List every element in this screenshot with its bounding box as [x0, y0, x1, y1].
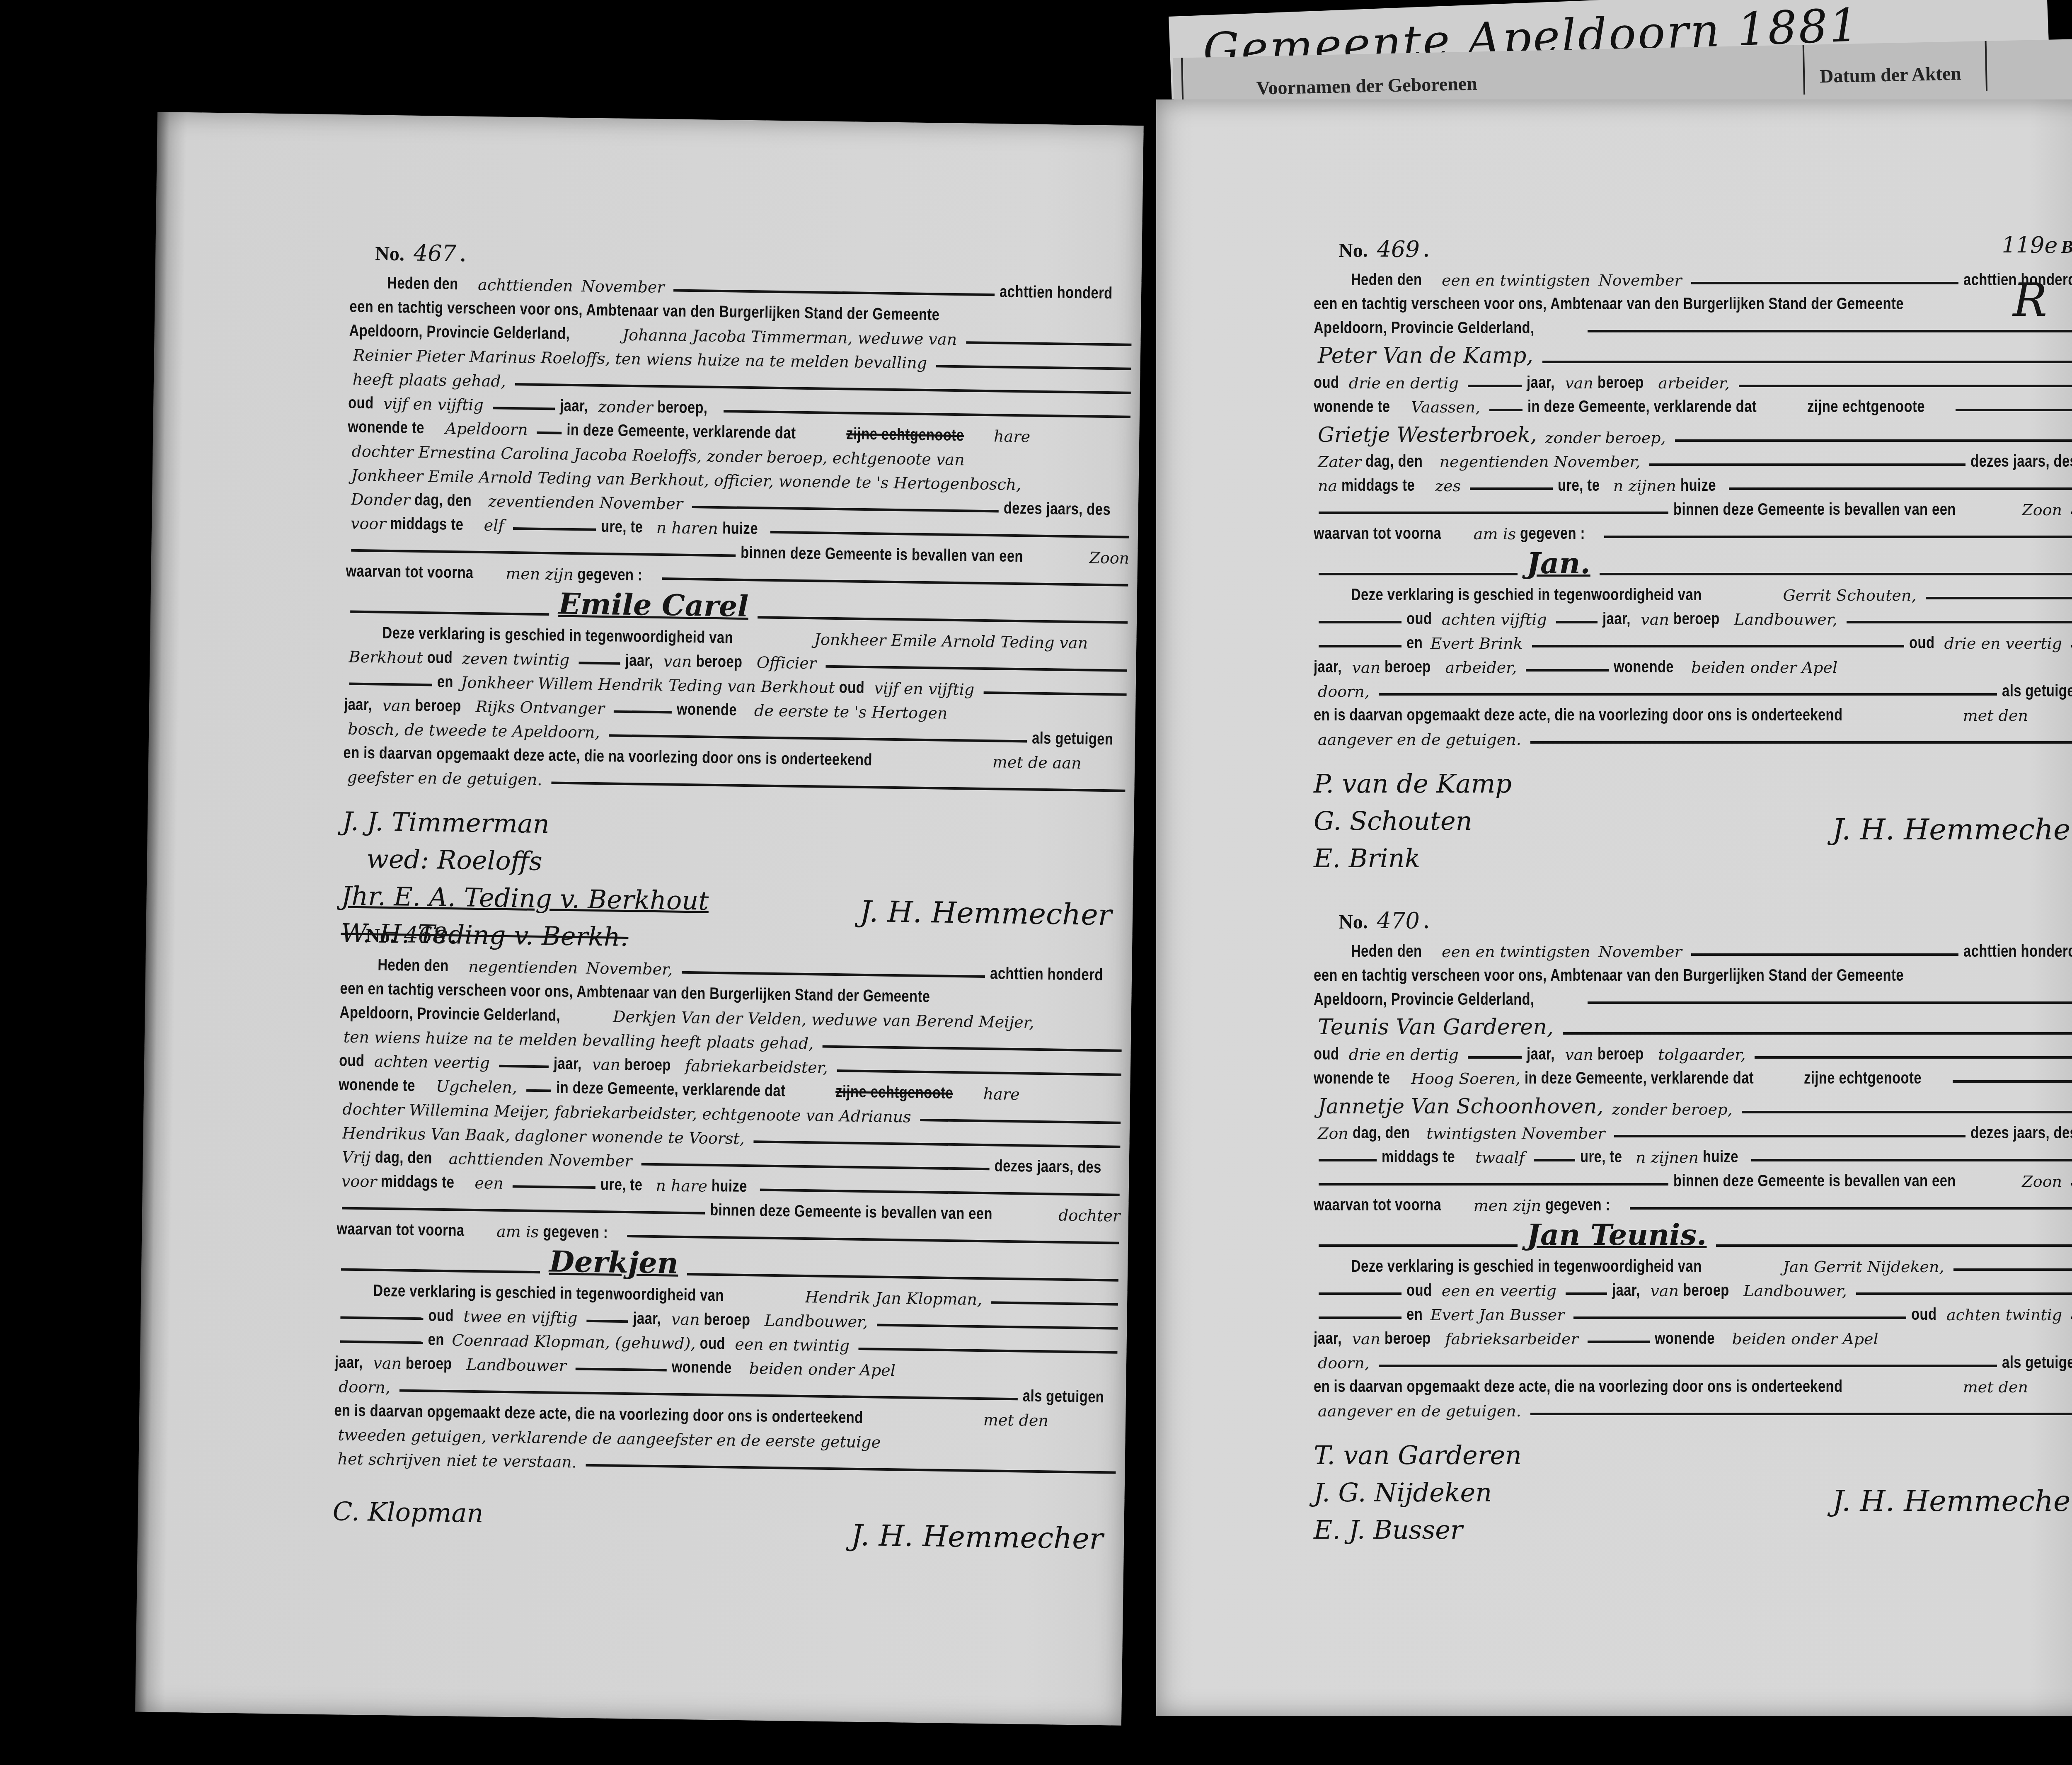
witness-2: Evert Jan Busser: [1431, 1306, 1565, 1324]
witness-2: Evert Brink: [1431, 634, 1523, 652]
mother: Jannetje Van Schoonhoven,: [1318, 1094, 1603, 1118]
left-page: No. 467. Heden den achttienden November …: [135, 112, 1144, 1726]
column-divider: [1803, 45, 1806, 95]
father-age: drie en dertig: [1349, 374, 1459, 392]
given-name: Jan.: [1527, 546, 1590, 580]
date-day: negentienden: [468, 958, 578, 977]
given-name: Emile Carel: [558, 587, 749, 623]
declarant-age: vijf en vijftig: [383, 395, 484, 414]
witness-1: Jan Gerrit Nijdeken,: [1783, 1258, 1944, 1276]
birth-record-468: No. 468. Heden den negentienden November…: [332, 921, 1128, 1541]
birth-record-467: No. 467. Heden den achttienden November …: [341, 239, 1138, 963]
birth-date: twintigsten November: [1426, 1124, 1605, 1142]
birth-record-469: No. 469. 119eBlad. Heden den een en twin…: [1314, 236, 2072, 877]
registrar-signature: J. H. Hemmecher: [851, 1517, 1104, 1557]
witness-1: Gerrit Schouten,: [1783, 586, 1916, 604]
corner-mark: R: [2013, 274, 2047, 327]
date-month: November,: [586, 959, 673, 979]
father-occupation: arbeider,: [1658, 374, 1730, 392]
residence: Ugchelen,: [436, 1077, 517, 1097]
right-page: No. 469. 119eBlad. Heden den een en twin…: [1156, 99, 2072, 1716]
birth-hour: elf: [484, 516, 504, 535]
birth-hour: een: [474, 1174, 503, 1193]
registrar-signature: J. H. Hemmecher: [1832, 811, 2072, 848]
date-day: een en twintigsten: [1442, 943, 1590, 961]
signature-block: C. Klopman J. H. Hemmecher: [332, 1493, 1120, 1541]
date-month: November: [1598, 271, 1682, 289]
father: Teunis Van Garderen,: [1318, 1015, 1554, 1040]
father-age: drie en dertig: [1349, 1045, 1459, 1064]
residence: Vaassen,: [1411, 398, 1480, 416]
witness-1: Hendrik Jan Klopman,: [805, 1288, 982, 1309]
father: Peter Van de Kamp,: [1318, 343, 1533, 368]
declarant-age: achten veertig: [374, 1052, 490, 1072]
residence: Hoog Soeren,: [1411, 1069, 1520, 1088]
date-day: achttienden: [478, 276, 573, 295]
registrar-signature: J. H. Hemmecher: [859, 893, 1112, 933]
child-sex: dochter: [1058, 1206, 1120, 1225]
given-name: Jan Teunis.: [1527, 1217, 1707, 1252]
date-month: November: [581, 277, 665, 296]
signature: P. van de Kamp: [1314, 765, 2072, 802]
struck-text: zijne echtgenoote: [846, 424, 964, 445]
child-sex: Zoon: [1089, 549, 1129, 567]
birth-date: achttienden November: [449, 1149, 632, 1170]
index-column-header: Voornamen der Geborenen: [1256, 73, 1477, 99]
column-divider: [1985, 41, 1988, 91]
birth-date: negentienden November,: [1439, 453, 1640, 471]
date-day: een en twintigsten: [1442, 271, 1590, 289]
signature-block: P. van de Kamp G. Schouten E. Brink J. H…: [1314, 765, 2072, 877]
residence: Apeldoorn: [445, 419, 528, 439]
child-sex: Zoon: [2022, 501, 2062, 519]
birth-record-470: No. 470. Heden den een en twintigsten No…: [1314, 908, 2072, 1549]
mother: Grietje Westerbroek,: [1318, 423, 1537, 447]
record-number: No. 470.: [1339, 908, 2072, 937]
record-number: No. 469. 119eBlad.: [1339, 236, 2072, 265]
birth-date: zeventienden November: [488, 492, 683, 513]
father-occupation: tolgaarder,: [1658, 1045, 1745, 1064]
birth-hour: twaalf: [1475, 1148, 1525, 1166]
signature: T. van Garderen: [1314, 1437, 2072, 1474]
date-month: November: [1598, 943, 1682, 961]
signature-block: T. van Garderen J. G. Nijdeken E. J. Bus…: [1314, 1437, 2072, 1549]
given-name: Derkjen: [549, 1244, 679, 1280]
birth-hour: zes: [1435, 477, 1461, 495]
index-column-header: Datum der Akten: [1820, 62, 1962, 87]
registrar-signature: J. H. Hemmecher: [1832, 1482, 2072, 1520]
child-sex: Zoon: [2022, 1172, 2062, 1190]
declarant-occupation: fabriekarbeidster,: [685, 1057, 828, 1077]
folio-number: 119eBlad.: [1997, 232, 2072, 258]
struck-text: zijne echtgenoote: [835, 1082, 954, 1103]
